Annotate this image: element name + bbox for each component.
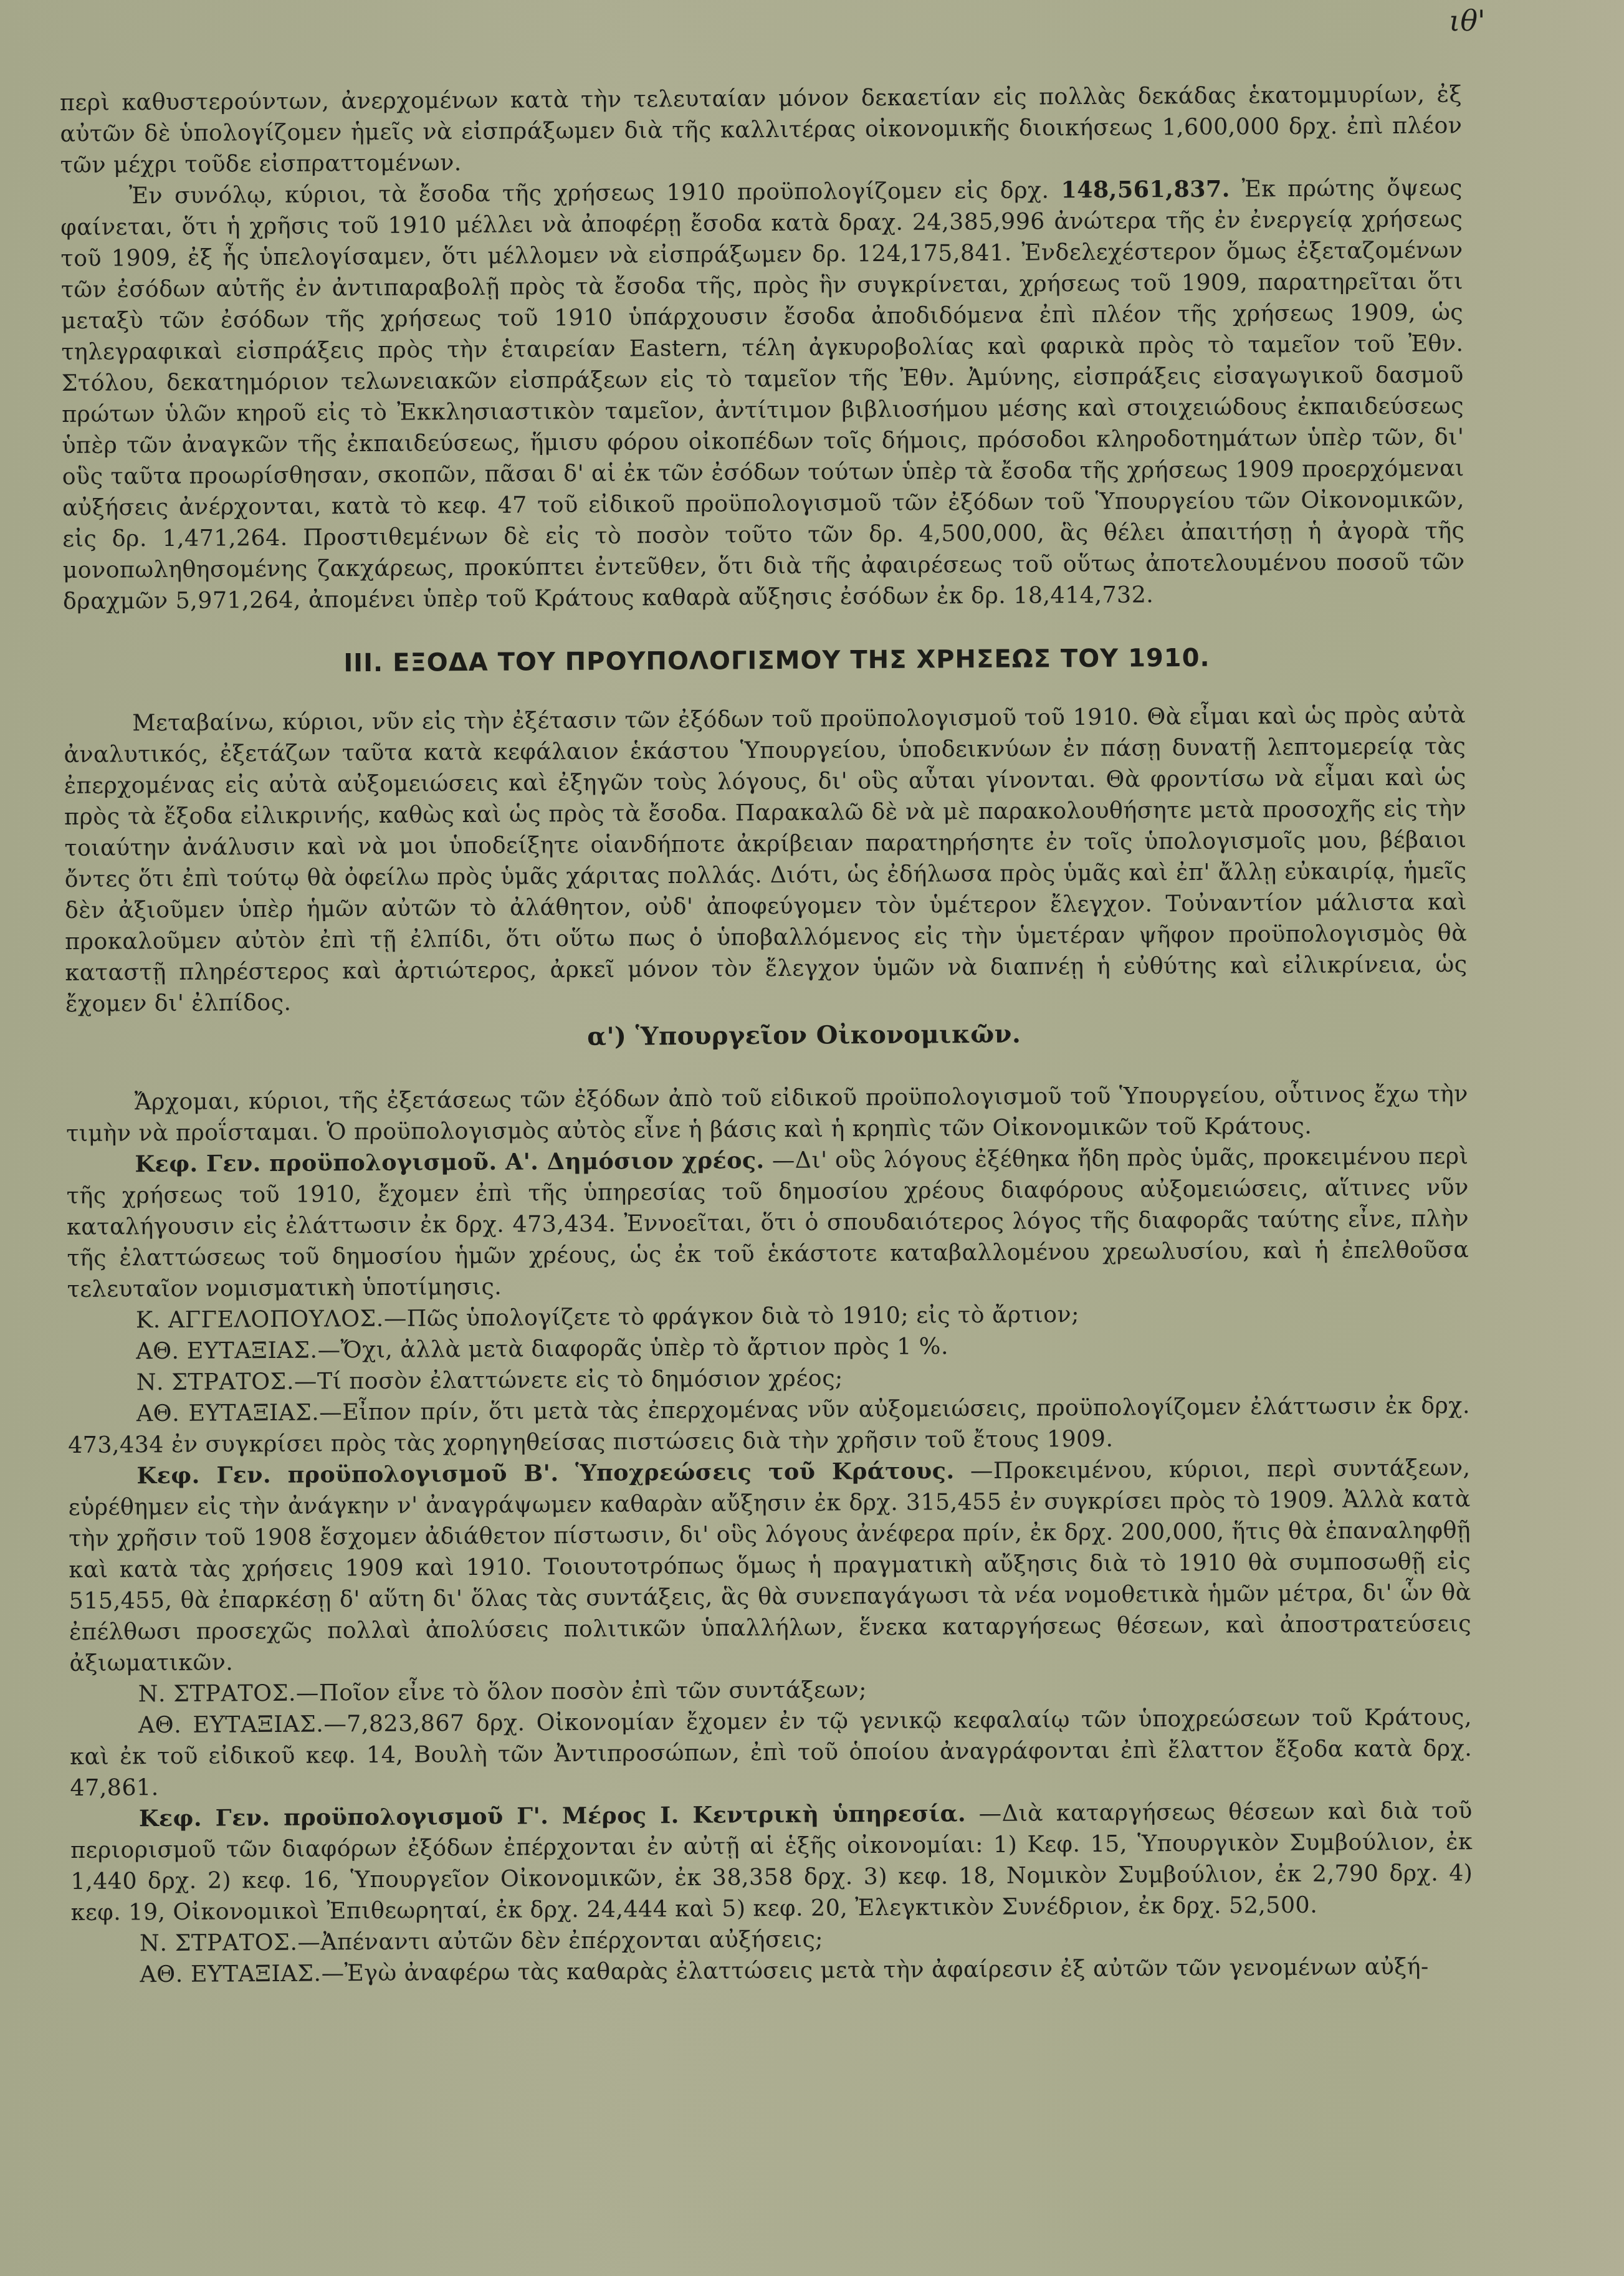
revenue-summary-intro: Ἐν συνόλῳ, κύριοι, τὰ ἔσοδα τῆς χρήσεως … <box>129 176 1049 209</box>
revenue-summary-body: Ἐκ πρώτης ὄψεως φαίνεται, ὅτι ἡ χρῆσις τ… <box>60 174 1465 614</box>
ministry-intro-paragraph: Ἄρχομαι, κύριοι, τῆς ἐξετάσεως τῶν ἐξόδω… <box>66 1078 1469 1149</box>
speaker-name: ΑΘ. ΕΥΤΑΞΙΑΣ. <box>136 1399 320 1427</box>
chapter-a-heading: Κεφ. Γεν. προϋπολογισμοῦ. Α'. Δημόσιον χ… <box>135 1147 764 1177</box>
speaker-name: Κ. ΑΓΓΕΛΟΠΟΥΛΟΣ. <box>136 1305 384 1333</box>
speaker-name: Ν. ΣΤΡΑΤΟΣ. <box>136 1368 294 1396</box>
revenue-paragraph-continuation: περὶ καθυστερούντων, ἀνερχομένων κατὰ τὴ… <box>60 79 1463 181</box>
speech-text: —Ποῖον εἶνε τὸ ὅλον ποσὸν ἐπὶ τῶν συντάξ… <box>296 1676 867 1706</box>
subsection-title-ministry-finance: α') Ὑπουργεῖον Οἰκονομικῶν. <box>65 1016 1468 1056</box>
dialogue-block-1: Κ. ΑΓΓΕΛΟΠΟΥΛΟΣ.—Πῶς ὑπολογίζετε τὸ φράγ… <box>67 1296 1470 1461</box>
speaker-name: Ν. ΣΤΡΑΤΟΣ. <box>138 1680 296 1708</box>
speaker-name: ΑΘ. ΕΥΤΑΞΙΑΣ. <box>140 1959 322 1987</box>
chapter-b-paragraph: Κεφ. Γεν. προϋπολογισμοῦ Β'. Ὑποχρεώσεις… <box>68 1452 1471 1679</box>
dialogue-line: ΑΘ. ΕΥΤΑΞΙΑΣ.—Εἶπον πρίν, ὅτι μετὰ τὰς ἐ… <box>68 1390 1471 1461</box>
dialogue-line: ΑΘ. ΕΥΤΑΞΙΑΣ.—7,823,867 δρχ. Οἰκονομίαν … <box>70 1701 1473 1804</box>
chapter-b-heading: Κεφ. Γεν. προϋπολογισμοῦ Β'. Ὑποχρεώσεις… <box>136 1457 954 1489</box>
section-title-expenses: III. ΕΞΟΔΑ ΤΟΥ ΠΡΟΥΠΟΛΟΓΙΣΜΟΥ ΤΗΣ ΧΡΗΣΕΩ… <box>63 641 1465 681</box>
dialogue-block-3: Ν. ΣΤΡΑΤΟΣ.—Ἀπέναντι αὐτῶν δὲν ἐπέρχοντα… <box>71 1920 1474 1991</box>
speech-text: —Ἀπέναντι αὐτῶν δὲν ἐπέρχονται αὐξήσεις; <box>297 1926 823 1956</box>
page-body: περὶ καθυστερούντων, ἀνερχομένων κατὰ τὴ… <box>60 79 1474 1991</box>
chapter-c-paragraph: Κεφ. Γεν. προϋπολογισμοῦ Γ'. Μέρος Ι. Κε… <box>70 1795 1473 1928</box>
speaker-name: ΑΘ. ΕΥΤΑΞΙΑΣ. <box>136 1337 318 1365</box>
revenue-total-amount: 148,561,837. <box>1061 176 1230 204</box>
speaker-name: Ν. ΣΤΡΑΤΟΣ. <box>140 1929 298 1957</box>
revenue-summary-paragraph: Ἐν συνόλῳ, κύριοι, τὰ ἔσοδα τῆς χρήσεως … <box>60 172 1465 617</box>
chapter-c-heading: Κεφ. Γεν. προϋπολογισμοῦ Γ'. Μέρος Ι. Κε… <box>139 1800 966 1832</box>
chapter-a-paragraph: Κεφ. Γεν. προϋπολογισμοῦ. Α'. Δημόσιον χ… <box>66 1140 1469 1305</box>
speech-text: —Ὄχι, ἀλλὰ μετὰ διαφορᾶς ὑπὲρ τὸ ἄρτιον … <box>317 1332 948 1363</box>
speech-text: —Τί ποσὸν ἐλαττώνετε εἰς τὸ δημόσιον χρέ… <box>294 1364 843 1394</box>
speech-text: —Πῶς ὑπολογίζετε τὸ φράγκον διὰ τὸ 1910;… <box>384 1301 1079 1332</box>
expenses-intro-paragraph: Μεταβαίνω, κύριοι, νῦν εἰς τὴν ἐξέτασιν … <box>64 699 1468 1020</box>
speaker-name: ΑΘ. ΕΥΤΑΞΙΑΣ. <box>138 1710 324 1738</box>
dialogue-block-2: Ν. ΣΤΡΑΤΟΣ.—Ποῖον εἶνε τὸ ὅλον ποσὸν ἐπὶ… <box>69 1670 1472 1804</box>
page-number: ιθ' <box>1449 4 1486 37</box>
speech-text: —Ἐγὼ ἀναφέρω τὰς καθαρὰς ἐλαττώσεις μετὰ… <box>322 1953 1429 1987</box>
